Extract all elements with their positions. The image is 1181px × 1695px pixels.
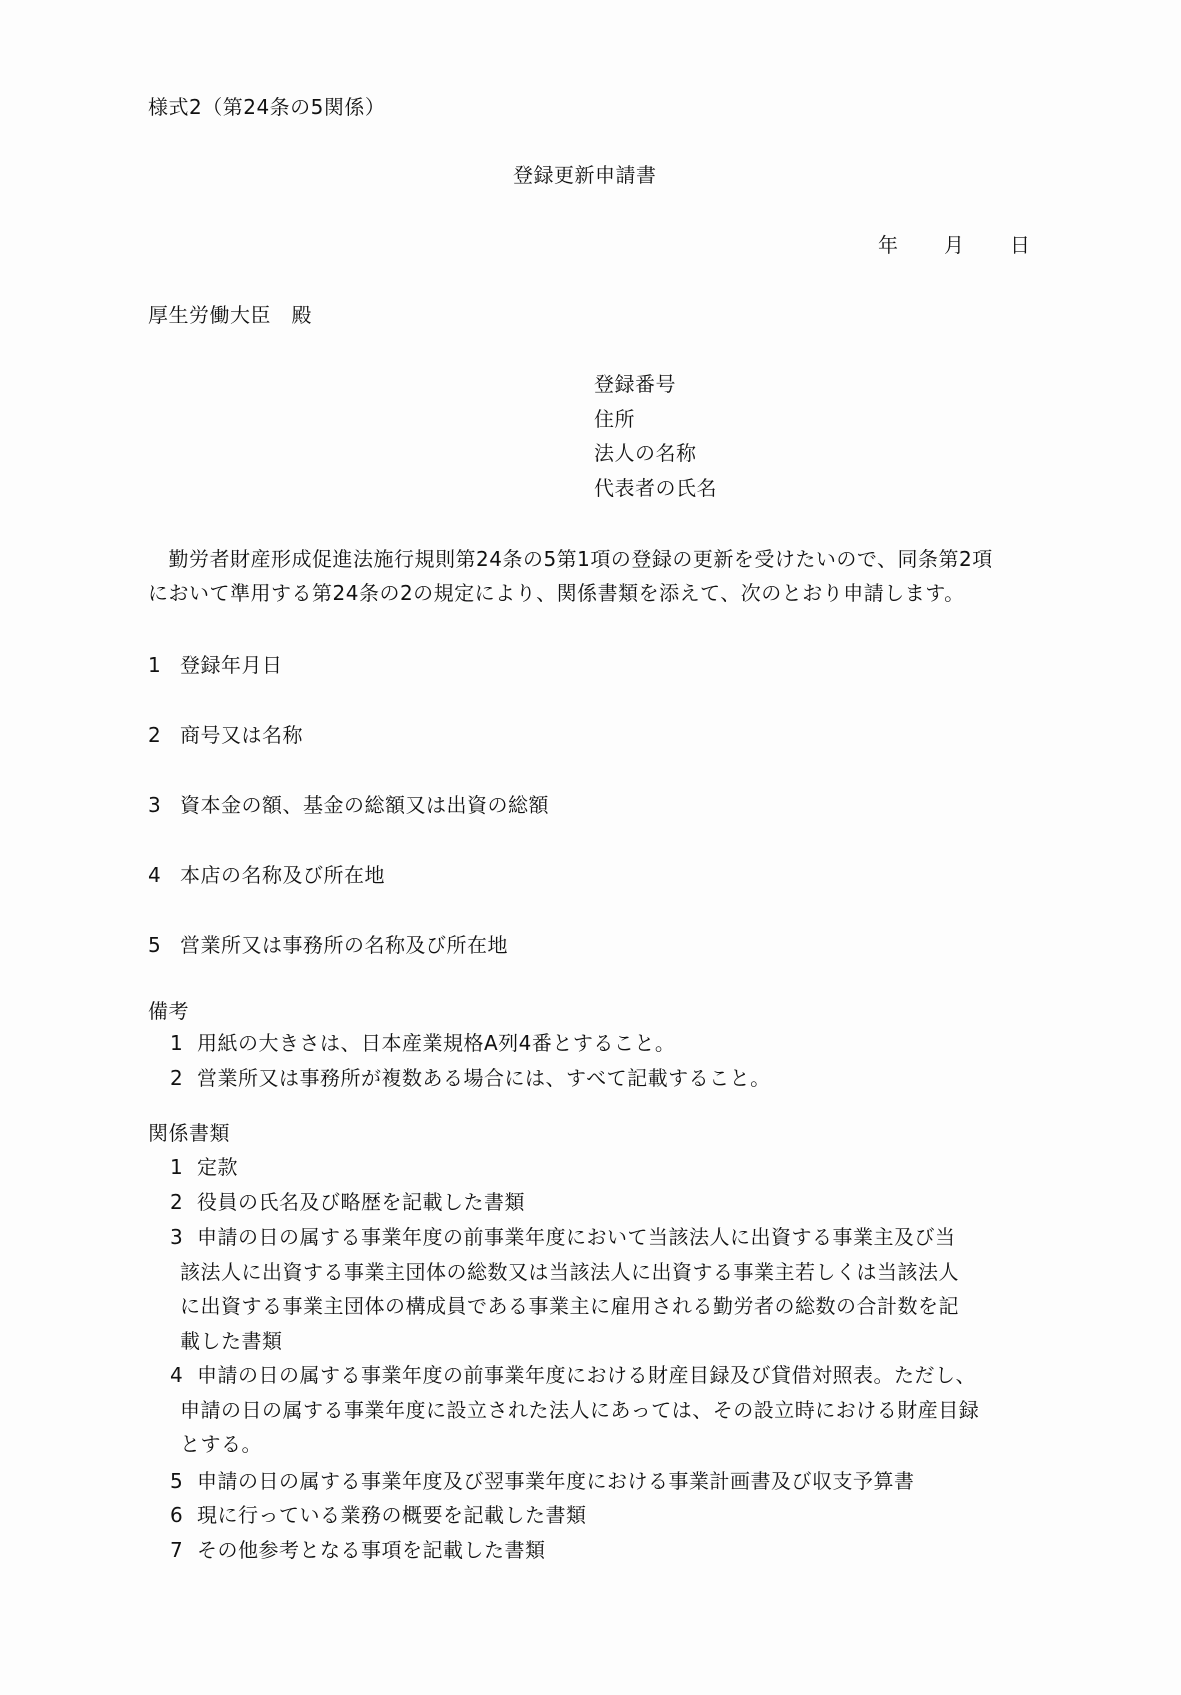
document-item-continuation: 申請の日の属する事業年度に設立された法人にあっては、その設立時における財産目録 [180,1398,979,1422]
documents-heading: 関係書類 [148,1121,230,1145]
document-item: 3申請の日の属する事業年度の前事業年度において当該法人に出資する事業主及び当 [170,1225,956,1249]
registration-number-label: 登録番号 [594,372,676,396]
intro-line-2: において準用する第24条の2の規定により、関係書類を添えて、次のとおり申請します… [148,581,965,605]
corporation-name-label: 法人の名称 [594,441,697,465]
date-month-label: 月 [944,233,965,257]
document-item: 4申請の日の属する事業年度の前事業年度における財産目録及び貸借対照表。ただし、 [170,1363,976,1387]
document-item: 6現に行っている業務の概要を記載した書類 [170,1503,587,1527]
representative-name-label: 代表者の氏名 [594,476,717,500]
document-item-continuation: に出資する事業主団体の構成員である事業主に雇用される勤労者の総数の合計数を記 [180,1294,959,1318]
remarks-heading: 備考 [148,999,189,1023]
document-title: 登録更新申請書 [513,163,657,187]
date-year-label: 年 [878,233,899,257]
item-branch-offices: 5営業所又は事務所の名称及び所在地 [148,933,508,957]
item-registration-date: 1登録年月日 [148,653,283,677]
document-item-continuation: 載した書類 [180,1329,283,1353]
remark-item: 1用紙の大きさは、日本産業規格A列4番とすること。 [170,1031,675,1055]
addressee: 厚生労働大臣 殿 [148,303,312,327]
document-item-continuation: とする。 [180,1432,262,1456]
date-day-label: 日 [1010,233,1031,257]
document-item: 7その他参考となる事項を記載した書類 [170,1538,546,1562]
document-item: 2役員の氏名及び略歴を記載した書類 [170,1190,525,1214]
remark-item: 2営業所又は事務所が複数ある場合には、すべて記載すること。 [170,1066,771,1090]
document-item-continuation: 該法人に出資する事業主団体の総数又は当該法人に出資する事業主若しくは当該法人 [180,1260,959,1284]
item-capital-amount: 3資本金の額、基金の総額又は出資の総額 [148,793,549,817]
document-item: 5申請の日の属する事業年度及び翌事業年度における事業計画書及び収支予算書 [170,1469,915,1493]
item-head-office: 4本店の名称及び所在地 [148,863,385,887]
intro-line-1: 勤労者財産形成促進法施行規則第24条の5第1項の登録の更新を受けたいので、同条第… [148,547,993,571]
form-label: 様式2（第24条の5関係） [148,95,385,119]
document-item: 1定款 [170,1155,238,1179]
item-trade-name: 2商号又は名称 [148,723,303,747]
address-label: 住所 [594,407,635,431]
